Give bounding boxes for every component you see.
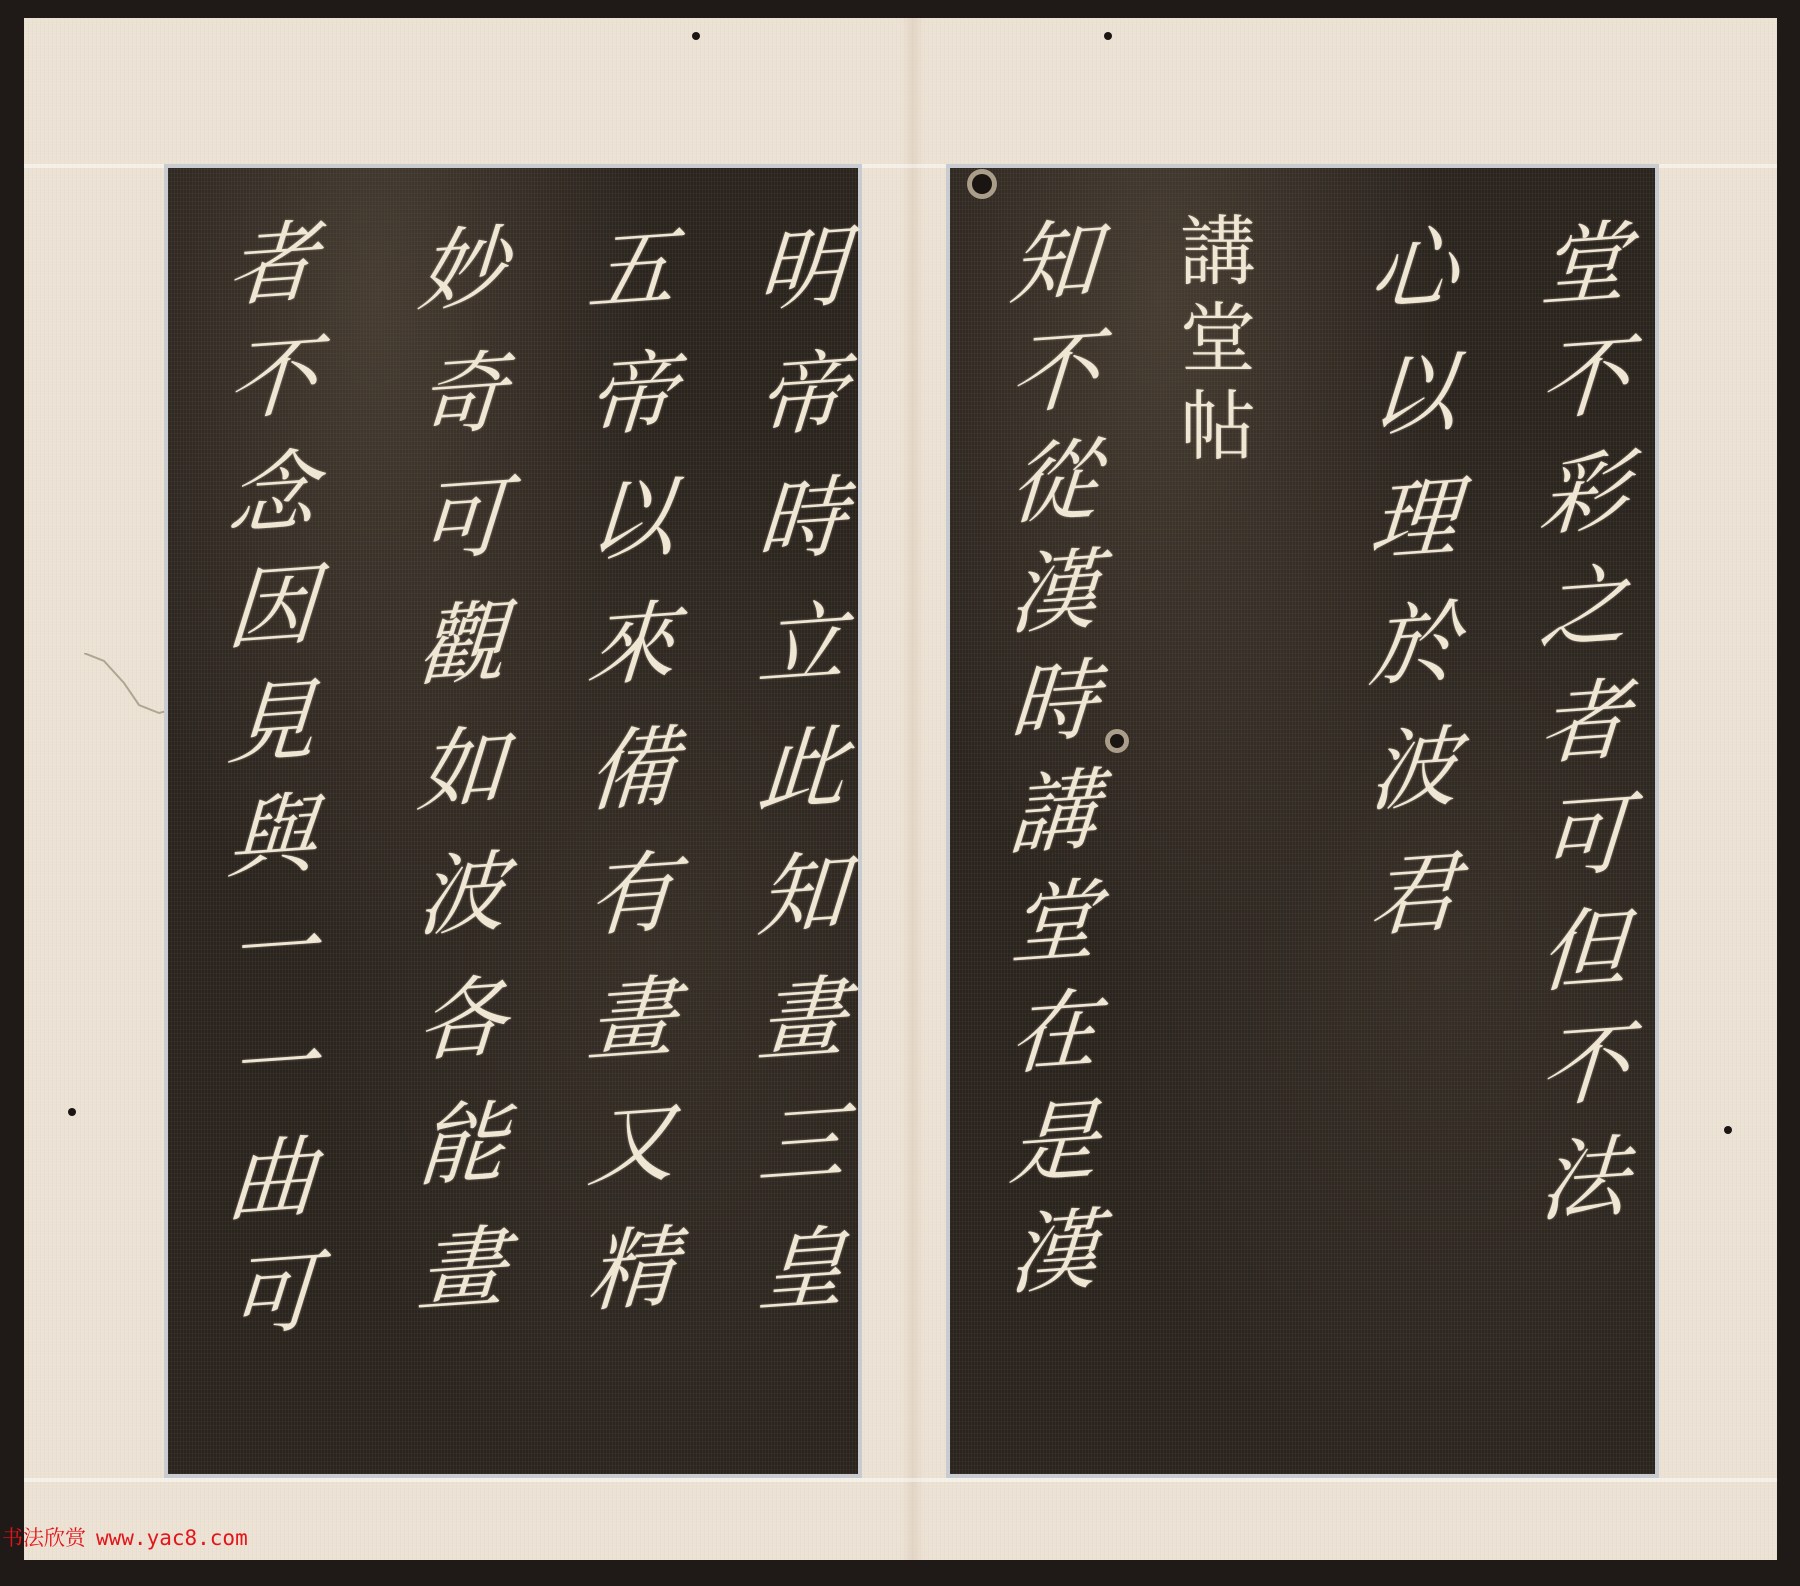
glyph: 一 [224, 891, 320, 1012]
right-col-4: 知 不 從 漢 時 講 堂 在 是 漢 [1010, 208, 1098, 1308]
glyph: 堂 [1006, 865, 1102, 982]
glyph: 可 [1536, 776, 1632, 897]
glyph: 不 [224, 319, 320, 440]
glyph: 又 [584, 1079, 681, 1211]
glyph: 以 [584, 454, 681, 586]
glyph: 畫 [414, 1204, 511, 1336]
watermark-url[interactable]: www.yac8.com [96, 1526, 248, 1550]
glyph: 不 [1536, 319, 1632, 440]
glyph: 如 [414, 704, 511, 836]
glyph: 念 [224, 433, 320, 554]
glyph: 妙 [414, 204, 511, 336]
glyph: 者 [224, 205, 320, 326]
glyph: 彩 [1536, 433, 1632, 554]
glyph: 漢 [1006, 1195, 1102, 1312]
paper-speck [1104, 32, 1112, 40]
glyph: 因 [224, 548, 320, 669]
glyph: 一 [224, 1005, 320, 1126]
glyph: 從 [1006, 425, 1102, 542]
glyph: 波 [414, 829, 511, 961]
glyph: 知 [754, 829, 851, 961]
glyph: 曲 [224, 1120, 320, 1241]
glyph: 漢 [1006, 535, 1102, 652]
glyph: 見 [224, 662, 320, 783]
glyph: 之 [1536, 548, 1632, 669]
glyph: 波 [1366, 704, 1463, 836]
glyph: 帝 [584, 329, 681, 461]
paper-speck [1724, 1126, 1732, 1134]
glyph: 於 [1366, 579, 1463, 711]
glyph: 時 [754, 454, 851, 586]
watermark: 书法欣赏www.yac8.com [2, 1522, 248, 1552]
right-rubbing-panel: 堂 不 彩 之 者 可 但 不 法 心 以 理 於 波 君 講 堂 帖 知 不 … [950, 168, 1655, 1474]
glyph: 與 [224, 776, 320, 897]
glyph: 畫 [584, 954, 681, 1086]
glyph: 堂 [1536, 205, 1632, 326]
glyph: 觀 [414, 579, 511, 711]
glyph: 是 [1006, 1085, 1102, 1202]
glyph: 此 [754, 704, 851, 836]
glyph: 知 [1006, 205, 1102, 322]
paper-speck [692, 32, 700, 40]
glyph: 皇 [754, 1204, 851, 1336]
glyph: 可 [224, 1234, 320, 1355]
glyph: 以 [1366, 329, 1463, 461]
glyph: 法 [1536, 1120, 1632, 1241]
paper-speck [68, 1108, 76, 1116]
title-glyph: 堂 [1180, 295, 1256, 382]
album-paper: 明 帝 時 立 此 知 畫 三 皇 五 帝 以 來 備 有 畫 又 精 妙 奇 … [24, 18, 1777, 1560]
left-col-2: 五 帝 以 來 備 有 畫 又 精 [588, 208, 676, 1333]
right-col-1: 堂 不 彩 之 者 可 但 不 法 [1540, 208, 1628, 1238]
glyph: 心 [1366, 204, 1463, 336]
glyph: 但 [1536, 891, 1632, 1012]
fold-line-bottom [24, 1478, 1777, 1482]
watermark-site-name: 书法欣赏 [2, 1526, 86, 1550]
title-glyph: 講 [1180, 208, 1256, 295]
left-col-4: 者 不 念 因 見 與 一 一 曲 可 [228, 208, 316, 1352]
right-col-2: 心 以 理 於 波 君 [1370, 208, 1458, 958]
glyph: 理 [1366, 454, 1463, 586]
glyph: 備 [584, 704, 681, 836]
glyph: 不 [1006, 315, 1102, 432]
title-column: 講 堂 帖 [1180, 208, 1256, 470]
glyph: 立 [754, 579, 851, 711]
glyph: 有 [584, 829, 681, 961]
glyph: 者 [1536, 662, 1632, 783]
glyph: 三 [754, 1079, 851, 1211]
left-rubbing-panel: 明 帝 時 立 此 知 畫 三 皇 五 帝 以 來 備 有 畫 又 精 妙 奇 … [168, 168, 858, 1474]
glyph: 各 [414, 954, 511, 1086]
glyph: 奇 [414, 329, 511, 461]
left-col-3: 妙 奇 可 觀 如 波 各 能 畫 [418, 208, 506, 1333]
title-glyph: 帖 [1180, 383, 1256, 470]
glyph: 可 [414, 454, 511, 586]
glyph: 來 [584, 579, 681, 711]
binding-seam [902, 18, 924, 1560]
glyph: 時 [1006, 645, 1102, 762]
glyph: 畫 [754, 954, 851, 1086]
glyph: 五 [584, 204, 681, 336]
worm-hole [972, 174, 992, 194]
glyph: 講 [1006, 755, 1102, 872]
glyph: 在 [1006, 975, 1102, 1092]
glyph: 能 [414, 1079, 511, 1211]
glyph: 帝 [754, 329, 851, 461]
glyph: 君 [1366, 829, 1463, 961]
glyph: 不 [1536, 1005, 1632, 1126]
worm-hole [1110, 734, 1124, 748]
left-col-1: 明 帝 時 立 此 知 畫 三 皇 [758, 208, 846, 1333]
glyph: 明 [754, 204, 851, 336]
glyph: 精 [584, 1204, 681, 1336]
